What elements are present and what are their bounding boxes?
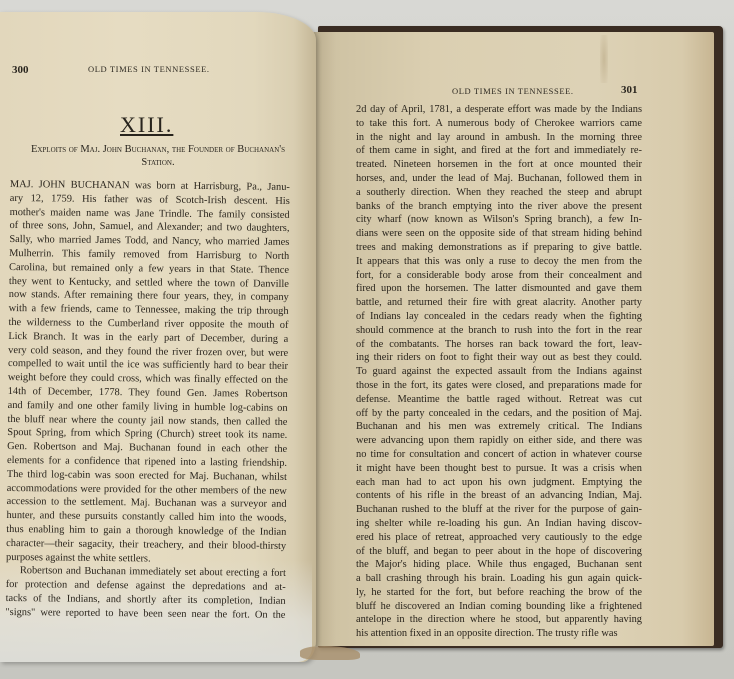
text-line: to take this fort. A numerous body of Ch…: [356, 117, 642, 131]
text-line: contents of his rifle in the breast of a…: [356, 489, 642, 503]
text-line: fort, for a considerable body arose from…: [356, 269, 642, 283]
text-line: Buchanan rushed to the bluff at the rive…: [356, 503, 642, 517]
text-line: It appears that this was only a ruse to …: [356, 255, 642, 269]
text-line: off by the party concealed in the cedars…: [356, 407, 642, 421]
torn-paper-scrap: [300, 646, 360, 660]
left-page-body: MAJ. JOHN BUCHANAN was born at Harrisbur…: [5, 178, 290, 622]
text-line: city wharf (now known as Wilson's Spring…: [356, 213, 642, 227]
text-line: of the combatants. The horses ran back t…: [356, 338, 642, 352]
text-line: were advancing upon them rapidly on eith…: [356, 434, 642, 448]
text-line: a southerly direction. When they reached…: [356, 186, 642, 200]
text-line: a ball crashing through his brain. Loadi…: [356, 572, 642, 586]
text-line: "signs" were reported to have been seen …: [5, 606, 285, 623]
text-line: ered his place of retreat, approached ve…: [356, 531, 642, 545]
text-line: should commence at the branch to rush in…: [356, 324, 642, 338]
text-line: those in the fort, its gates were closed…: [356, 379, 642, 393]
left-page-number: 300: [12, 64, 29, 76]
text-line: battle, and returned their fire with gre…: [356, 296, 642, 310]
right-running-head: OLD TIMES IN TENNESSEE.: [452, 86, 574, 96]
text-line: of the bluff, and began to peer about in…: [356, 545, 642, 559]
text-line: defense. Meantime the battle raged witho…: [356, 393, 642, 407]
left-running-head: OLD TIMES IN TENNESSEE.: [88, 64, 210, 74]
text-line: To guard against the expected assault fr…: [356, 365, 642, 379]
text-line: horses, and, under the lead of Maj. Buch…: [356, 172, 642, 186]
text-line: bluff he discovered an Indian coming bou…: [356, 600, 642, 614]
chapter-number: XIII.: [120, 112, 173, 138]
text-line: ing their riders on foot to fight their …: [356, 351, 642, 365]
right-page-number: 301: [621, 84, 638, 96]
text-line: in the night and lay around in ambush. I…: [356, 131, 642, 145]
text-line: no time for consultation and concert of …: [356, 448, 642, 462]
text-line: fired upon the horsemen. The latter dism…: [356, 282, 642, 296]
text-line: trees and making demonstrations as if pr…: [356, 241, 642, 255]
text-line: of Indians lay concealed in the cedars r…: [356, 310, 642, 324]
text-line: the Major's hiding place. While thus eng…: [356, 558, 642, 572]
text-line: ing shelter while re-loading his gun. An…: [356, 517, 642, 531]
text-line: banks of the branch emptying into the ri…: [356, 200, 642, 214]
text-line: 2d day of April, 1781, a desperate effor…: [356, 103, 642, 117]
text-line: of them came in sight, and fired at the …: [356, 144, 642, 158]
text-line: ly, he started for the fort, but before …: [356, 586, 642, 600]
text-line: antelope in the direction where he stood…: [356, 613, 642, 627]
chapter-title: Exploits of Maj. John Buchanan, the Foun…: [18, 143, 298, 169]
text-line: dians were seen on the opposite side of …: [356, 227, 642, 241]
page-stain: [600, 35, 608, 83]
text-line: his attention fixed in an opposite direc…: [356, 627, 642, 641]
text-line: each man had to act upon his own judgmen…: [356, 476, 642, 490]
right-page-body: 2d day of April, 1781, a desperate effor…: [356, 103, 642, 641]
text-line: treated. Nineteen horsemen in the fort a…: [356, 158, 642, 172]
text-line: Buchanan and his men was extremely criti…: [356, 420, 642, 434]
text-line: it might have been thought best to pursu…: [356, 462, 642, 476]
